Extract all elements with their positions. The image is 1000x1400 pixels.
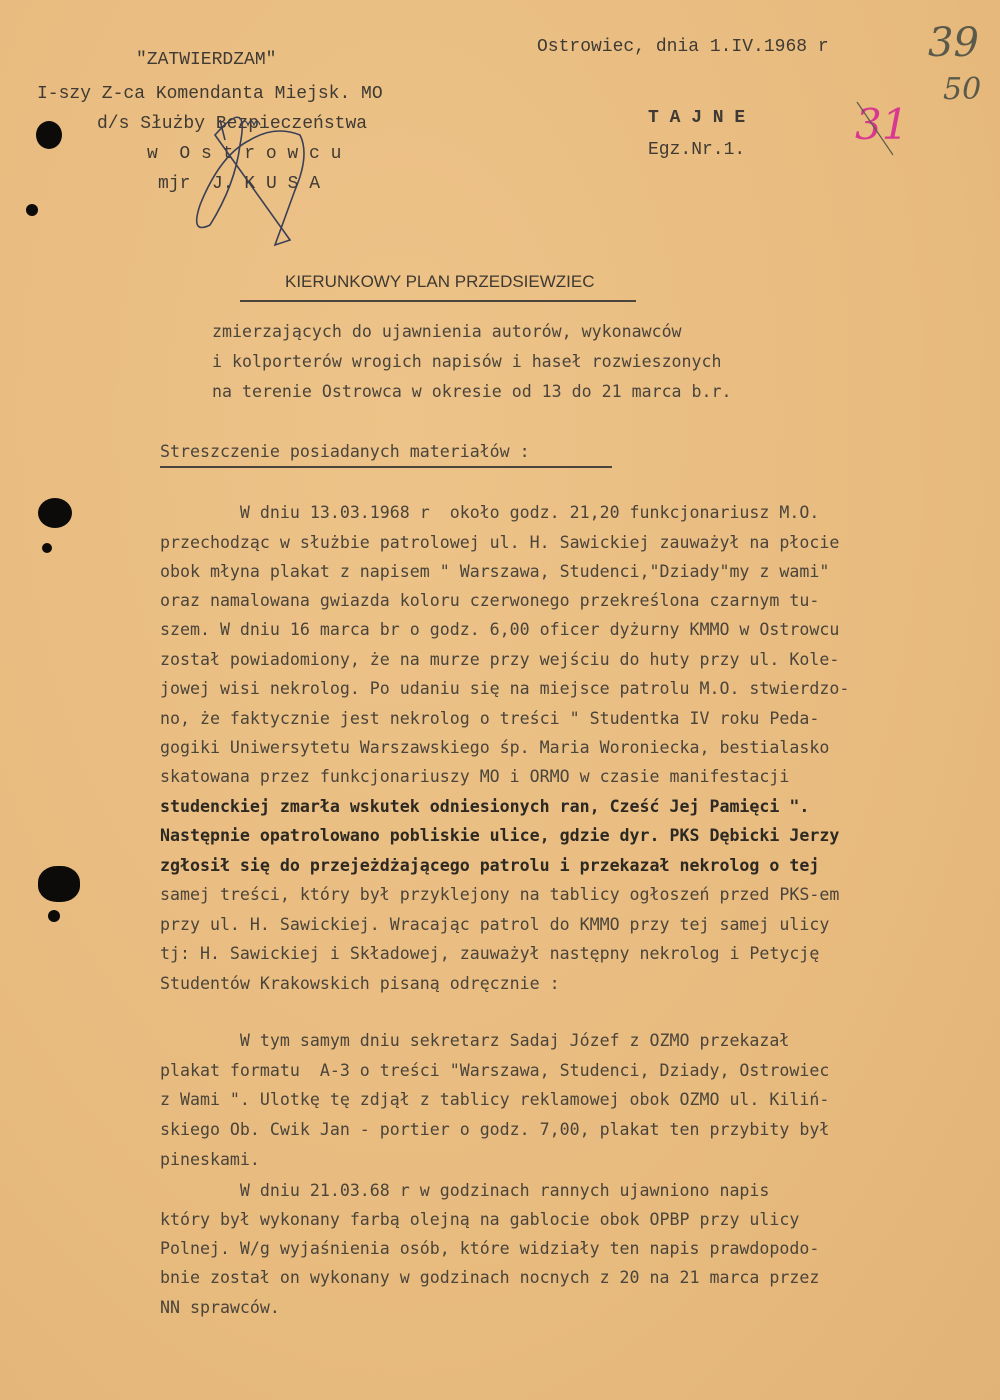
body-line: oraz namalowana gwiazda koloru czerwoneg…: [160, 591, 819, 610]
archive-number: 50: [943, 72, 981, 107]
archive-number: 39: [928, 20, 979, 66]
punch-hole: [48, 910, 60, 922]
body-line: tj: H. Sawickiej i Składowej, zauważył n…: [160, 944, 819, 963]
punch-hole: [38, 866, 80, 902]
body-line: przy ul. H. Sawickiej. Wracając patrol d…: [160, 915, 829, 934]
copy-number: Egz.Nr.1.: [648, 140, 745, 160]
body-line: pineskami.: [160, 1150, 260, 1169]
punch-hole: [38, 498, 72, 528]
title-underline: [240, 300, 636, 302]
body-line: szem. W dniu 16 marca br o godz. 6,00 of…: [160, 620, 839, 639]
body-line: został powiadomiony, że na murze przy we…: [160, 650, 839, 669]
body-line: bnie został on wykonany w godzinach nocn…: [160, 1268, 819, 1287]
place-date: Ostrowiec, dnia 1.IV.1968 r: [537, 37, 829, 57]
body-line: NN sprawców.: [160, 1298, 280, 1317]
subtitle-line: i kolporterów wrogich napisów i haseł ro…: [212, 352, 722, 371]
body-line: no, że faktycznie jest nekrolog o treści…: [160, 709, 819, 728]
body-line: samej treści, który był przyklejony na t…: [160, 885, 839, 904]
body-line: skiego Ob. Cwik Jan - portier o godz. 7,…: [160, 1120, 829, 1139]
body-line: W dniu 21.03.68 r w godzinach rannych uj…: [160, 1181, 769, 1200]
punch-hole: [36, 121, 62, 149]
section-heading: Streszczenie posiadanych materiałów :: [160, 442, 530, 461]
section-underline: [160, 466, 612, 468]
body-line: gogiki Uniwersytetu Warszawskiego śp. Ma…: [160, 738, 829, 757]
body-line: Następnie opatrolowano pobliskie ulice, …: [160, 826, 839, 845]
body-line: zgłosił się do przejeżdżającego patrolu …: [160, 856, 819, 875]
body-line: Studentów Krakowskich pisaną odręcznie :: [160, 974, 560, 993]
body-line: z Wami ". Ulotkę tę zdjął z tablicy rekl…: [160, 1090, 829, 1109]
subtitle-line: zmierzających do ujawnienia autorów, wyk…: [212, 322, 682, 341]
body-line: Polnej. W/g wyjaśnienia osób, które widz…: [160, 1239, 819, 1258]
body-line: przechodząc w służbie patrolowej ul. H. …: [160, 533, 839, 552]
body-line: który był wykonany farbą olejną na gablo…: [160, 1210, 799, 1229]
body-line: W tym samym dniu sekretarz Sadaj Józef z…: [160, 1031, 789, 1050]
body-line: jowej wisi nekrolog. Po udaniu się na mi…: [160, 679, 849, 698]
classification-label: T A J N E: [648, 108, 745, 128]
body-line: plakat formatu A-3 o treści "Warszawa, S…: [160, 1061, 829, 1080]
subtitle-line: na terenie Ostrowca w okresie od 13 do 2…: [212, 382, 732, 401]
body-line: studenckiej zmarła wskutek odniesionych …: [160, 797, 809, 816]
punch-hole: [42, 543, 52, 553]
signature-icon: [180, 95, 320, 255]
body-line: skatowana przez funkcjonariuszy MO i ORM…: [160, 767, 789, 786]
body-line: obok młyna plakat z napisem " Warszawa, …: [160, 562, 829, 581]
body-line: W dniu 13.03.1968 r około godz. 21,20 fu…: [160, 503, 819, 522]
punch-hole: [26, 204, 38, 216]
approval-stamp: "ZATWIERDZAM": [136, 50, 276, 70]
strike-mark-icon: [855, 100, 905, 160]
document-title: KIERUNKOWY PLAN PRZEDSIEWZIEC: [285, 272, 595, 292]
